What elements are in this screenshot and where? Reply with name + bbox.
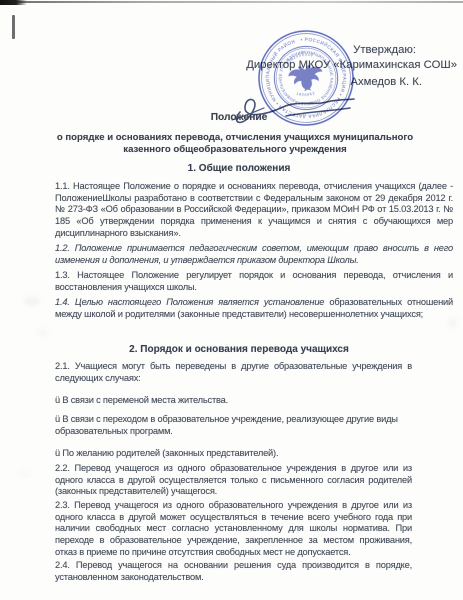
- scan-smudge: [38, 330, 48, 336]
- paragraph-2-1: 2.1. Учащиеся могут быть переведены в др…: [55, 361, 412, 384]
- approval-line-approve: Утверждаю:: [353, 44, 416, 56]
- paragraph-2-4: 2.4. Перевод учащегося на основании реше…: [55, 560, 412, 583]
- paragraph-1-1: 1.1. Настоящее Положение о порядке и осн…: [55, 181, 453, 240]
- scan-artifact-corner: [0, 0, 27, 5]
- bullet-item-3: ü По желанию родителей (законных предста…: [55, 448, 412, 460]
- paragraph-1-4-lead: 1.4. Целью настоящего Положения является…: [55, 297, 324, 307]
- scanned-document-page: Утверждаю: Директор МКОУ «Каримахинская …: [0, 0, 463, 600]
- paragraph-1-4: 1.4. Целью настоящего Положения является…: [55, 297, 453, 320]
- scan-artifact-top-line: [0, 1, 463, 3]
- bullet-item-2: ü В связи с переходом в образовательное …: [55, 414, 412, 437]
- scan-smudge: [24, 298, 40, 305]
- document-subtitle: о порядке и основаниях перевода, отчисле…: [40, 132, 430, 155]
- paragraph-1-2: 1.2. Положение принимается педагогически…: [55, 243, 453, 266]
- document-title: Положение: [15, 112, 463, 123]
- section-1-heading: 1. Общие положения: [15, 163, 463, 174]
- paragraph-2-3: 2.3. Перевод учащегося из одного образов…: [55, 500, 412, 559]
- bullet-item-1: ü В связи с переменой места жительства.: [55, 395, 412, 407]
- section-2-heading: 2. Порядок и основания перевода учащихся: [15, 344, 463, 355]
- paragraph-1-3: 1.3. Настоящее Положение регулирует поря…: [55, 270, 453, 293]
- scan-smudge: [20, 472, 29, 477]
- scan-artifact-tick: [12, 15, 15, 39]
- paragraph-2-2: 2.2. Перевод учащегося из одного образов…: [55, 463, 412, 498]
